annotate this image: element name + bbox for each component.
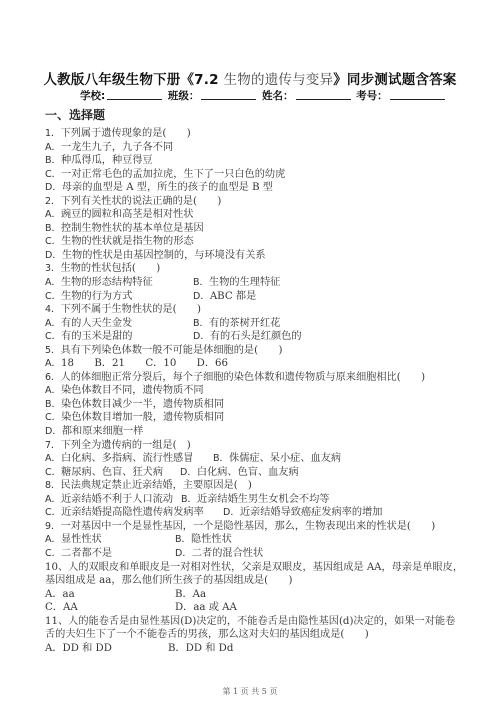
item-text: B．Aa [175, 589, 206, 600]
second-option: B．生物的生理特征 [193, 276, 280, 290]
item-label: B． [45, 223, 61, 234]
item-label: A． [45, 385, 61, 396]
item-label: 5． [45, 345, 61, 356]
question-line: A．aaB．Aa [45, 588, 475, 602]
item-text: 近亲结婚导致癌症发病率的增加 [240, 507, 383, 518]
second-option: B．隐性性状 [175, 533, 232, 547]
name-label: 姓名： [262, 90, 294, 102]
item-label: D． [193, 331, 210, 342]
item-text: 有的人天生金发 [61, 318, 132, 329]
question-line: 2．下列有关性状的说法正确的是( ) [45, 195, 475, 209]
item-label: C． [45, 467, 61, 478]
item-label: C． [45, 331, 61, 342]
section-title: 一、选择题 [45, 106, 105, 123]
question-line: A．18 B．21 C．10 D．66 [45, 357, 475, 371]
item-label: D． [223, 507, 240, 518]
item-text: 有的茶树开红花 [209, 318, 280, 329]
item-text: 有的玉米是甜的 [61, 331, 132, 342]
name-blank[interactable] [296, 89, 351, 100]
question-line: A．生物的形态结构特征B．生物的生理特征 [45, 276, 475, 290]
item-label: 9． [45, 521, 61, 532]
item-text: 生物的性状就是指生物的形态 [61, 236, 193, 247]
question-line: 3．生物的性状包括( ) [45, 262, 475, 276]
item-label: A． [45, 534, 61, 545]
item-label: D． [45, 426, 62, 437]
item-text: 染色体数目不同，遗传物质不同 [61, 385, 204, 396]
question-line: C．AAD．aa 或 AA [45, 601, 475, 615]
question-line: A．一龙生九子，九子各不同 [45, 141, 475, 155]
question-line: 基因组成是 aa，那么他们所生孩子的基因组成是( ) [45, 574, 475, 588]
item-label: 4． [45, 304, 61, 315]
item-label: B． [175, 534, 191, 545]
second-option: D．白化病、色盲、血友病 [180, 466, 299, 480]
item-text: 白化病、多指病、流行性感冒 [61, 453, 193, 464]
item-label: C． [45, 412, 61, 423]
item-label: B． [181, 494, 197, 505]
item-text: 生物的性状是由基因控制的，与环境没有关系 [62, 250, 266, 261]
page-footer: 第 1 页 共 5 页 [0, 686, 500, 697]
question-line: C．有的玉米是甜的D．有的石头是红颜色的 [45, 330, 475, 344]
second-option: B．Aa [175, 588, 206, 602]
item-label: A． [45, 318, 61, 329]
school-blank[interactable] [107, 89, 162, 100]
item-text: A．aa [45, 589, 75, 600]
question-line: A．有的人天生金发B．有的茶树开红花 [45, 317, 475, 331]
question-line: C．一对正常毛色的孟加拉虎，生下了一只白色的幼虎 [45, 168, 475, 182]
exam-number-blank[interactable] [390, 89, 445, 100]
item-text: 基因组成是 aa，那么他们所生孩子的基因组成是( ) [45, 575, 292, 586]
question-line: D．母亲的血型是 A 型，所生的孩子的血型是 B 型 [45, 181, 475, 195]
item-text: A．DD 和 DD [45, 643, 112, 654]
item-text: 下列不属于生物性状的是( ) [61, 304, 201, 315]
second-option: B．有的茶树开红花 [193, 317, 280, 331]
question-line: 舌的夫妇生下了一个不能卷舌的男孩，那么这对夫妇的基因组成是( ) [45, 628, 475, 642]
question-line: D．都和原来细胞一样 [45, 425, 475, 439]
item-label: B． [193, 277, 209, 288]
question-line: 7．下列全为遗传病的一组是( ) [45, 439, 475, 453]
document-page: 人教版八年级生物下册《7.2 生物的遗传与变异》同步测试题含答案 学校: 班级：… [0, 0, 500, 707]
class-blank[interactable] [201, 89, 256, 100]
item-text: 侏儒症、呆小症、血友病 [229, 453, 341, 464]
item-text: 种瓜得瓜，种豆得豆 [61, 155, 153, 166]
item-label: 2． [45, 196, 61, 207]
item-text: 具有下列染色体数一般不可能是体细胞的是( ) [61, 345, 283, 356]
school-label: 学校: [80, 90, 105, 102]
question-line: A．近亲结婚不利于人口流动B．近亲结婚生男生女机会不均等 [45, 493, 475, 507]
question-line: C．染色体数目增加一般，遗传物质相同 [45, 411, 475, 425]
item-text: 控制生物性状的基本单位是基因 [61, 223, 204, 234]
second-option: D．ABC 都是 [193, 290, 256, 304]
item-text: 二者的混合性状 [192, 548, 263, 559]
item-label: D． [193, 291, 210, 302]
item-label: C． [45, 236, 61, 247]
item-label: A． [45, 277, 61, 288]
item-text: ABC 都是 [210, 291, 256, 302]
question-line: C．二者都不是D．二者的混合性状 [45, 547, 475, 561]
question-line: 6．人的体细胞正常分裂后，每个子细胞的染色体数和遗传物质与原来细胞相比( ) [45, 371, 475, 385]
question-line: B．种瓜得瓜，种豆得豆 [45, 154, 475, 168]
item-label: B． [213, 453, 229, 464]
second-option: D．aa 或 AA [175, 601, 237, 615]
item-text: 豌豆的圆粒和高茎是相对性状 [61, 209, 193, 220]
item-text: 白化病、色盲、血友病 [197, 467, 299, 478]
item-text: 人的体细胞正常分裂后，每个子细胞的染色体数和遗传物质与原来细胞相比( ) [61, 372, 426, 383]
item-text: 近亲结婚生男生女机会不均等 [197, 494, 329, 505]
item-label: B． [45, 155, 61, 166]
item-label: D． [175, 548, 192, 559]
item-text: 糖尿病、色盲、狂犬病 [61, 467, 163, 478]
item-label: A． [45, 494, 61, 505]
question-line: C．糖尿病、色盲、狂犬病D．白化病、色盲、血友病 [45, 466, 475, 480]
question-line: 11、人的能卷舌是由显性基因(D)决定的，不能卷舌是由隐性基因(d)决定的，如果… [45, 615, 475, 629]
item-label: A． [45, 209, 61, 220]
item-label: 7． [45, 440, 61, 451]
item-text: 下列有关性状的说法正确的是( ) [61, 196, 222, 207]
question-line: 4．下列不属于生物性状的是( ) [45, 303, 475, 317]
exam-number-label: 考号： [356, 90, 388, 102]
question-line: A．DD 和 DDB．DD 和 Dd [45, 642, 475, 656]
item-text: 显性性状 [61, 534, 102, 545]
item-label: D． [45, 250, 62, 261]
question-line: A．豌豆的圆粒和高茎是相对性状 [45, 208, 475, 222]
question-line: 9．一对基因中一个是显性基因，一个是隐性基因，那么，生物表现出来的性状是( ) [45, 520, 475, 534]
item-text: 下列全为遗传病的一组是( ) [61, 440, 191, 451]
item-text: 18 B．21 C．10 D．66 [61, 358, 228, 369]
item-text: D．aa 或 AA [175, 602, 237, 613]
item-text: 下列属于遗传现象的是( ) [61, 128, 191, 139]
item-label: A． [45, 358, 61, 369]
question-line: A．白化病、多指病、流行性感冒B．侏儒症、呆小症、血友病 [45, 452, 475, 466]
item-text: 染色体数目减少一半，遗传物质相同 [61, 399, 224, 410]
title-topic: 生物的遗传与变异 [224, 72, 334, 88]
item-text: 一龙生九子，九子各不同 [61, 142, 173, 153]
item-text: 生物的行为方式 [61, 291, 132, 302]
question-line: B．控制生物性状的基本单位是基因 [45, 222, 475, 236]
second-option: B．近亲结婚生男生女机会不均等 [181, 493, 329, 507]
item-text: 近亲结婚不利于人口流动 [61, 494, 173, 505]
second-option: D．二者的混合性状 [175, 547, 263, 561]
item-label: 8． [45, 480, 61, 491]
item-label: D． [45, 182, 62, 193]
question-line: 8．民法典规定禁止近亲结婚，主要原因是( ) [45, 479, 475, 493]
item-text: 民法典规定禁止近亲结婚，主要原因是( ) [61, 480, 252, 491]
item-text: B．DD 和 Dd [168, 643, 233, 654]
item-label: C． [45, 169, 61, 180]
item-text: 生物的性状包括( ) [61, 263, 161, 274]
item-label: 6． [45, 372, 61, 383]
item-text: 一对基因中一个是显性基因，一个是隐性基因，那么，生物表现出来的性状是( ) [61, 521, 436, 532]
item-text: 有的石头是红颜色的 [210, 331, 302, 342]
question-line: A．染色体数目不同，遗传物质不同 [45, 384, 475, 398]
question-line: D．生物的性状是由基因控制的，与环境没有关系 [45, 249, 475, 263]
item-text: 一对正常毛色的孟加拉虎，生下了一只白色的幼虎 [61, 169, 285, 180]
question-line: C．生物的行为方式D．ABC 都是 [45, 290, 475, 304]
item-text: 生物的生理特征 [209, 277, 280, 288]
class-label: 班级： [168, 90, 200, 102]
item-text: 10、人的双眼皮和单眼皮是一对相对性状，父亲是双眼皮，基因组成是 AA，母亲是单… [45, 562, 463, 573]
item-label: A． [45, 142, 61, 153]
item-text: 近亲结婚提高隐性遗传病发病率 [61, 507, 204, 518]
second-option: D．近亲结婚导致癌症发病率的增加 [223, 506, 382, 520]
question-list: 1．下列属于遗传现象的是( )A．一龙生九子，九子各不同B．种瓜得瓜，种豆得豆C… [45, 127, 475, 655]
item-label: 1． [45, 128, 61, 139]
item-text: 11、人的能卷舌是由显性基因(D)决定的，不能卷舌是由隐性基因(d)决定的，如果… [45, 616, 455, 627]
item-text: 隐性性状 [191, 534, 232, 545]
question-line: 5．具有下列染色体数一般不可能是体细胞的是( ) [45, 344, 475, 358]
student-info-row: 学校: 班级： 姓名： 考号： [80, 88, 447, 103]
second-option: B．侏儒症、呆小症、血友病 [213, 452, 341, 466]
item-label: C． [45, 507, 61, 518]
item-text: 都和原来细胞一样 [62, 426, 144, 437]
question-line: 1．下列属于遗传现象的是( ) [45, 127, 475, 141]
title-suffix: 》同步测试题含答案 [333, 72, 456, 88]
item-text: 二者都不是 [61, 548, 112, 559]
title-prefix: 人教版八年级生物下册《7.2 [43, 72, 223, 88]
item-text: 生物的形态结构特征 [61, 277, 153, 288]
item-label: A． [45, 453, 61, 464]
item-text: 舌的夫妇生下了一个不能卷舌的男孩，那么这对夫妇的基因组成是( ) [45, 629, 369, 640]
item-label: C． [45, 291, 61, 302]
second-option: B．DD 和 Dd [168, 642, 233, 656]
item-label: B． [193, 318, 209, 329]
item-text: 染色体数目增加一般，遗传物质相同 [61, 412, 224, 423]
item-label: B． [45, 399, 61, 410]
question-line: C．近亲结婚提高隐性遗传病发病率D．近亲结婚导致癌症发病率的增加 [45, 506, 475, 520]
question-line: B．染色体数目减少一半，遗传物质相同 [45, 398, 475, 412]
item-label: D． [180, 467, 197, 478]
document-title: 人教版八年级生物下册《7.2 生物的遗传与变异》同步测试题含答案 [0, 68, 500, 88]
question-line: A．显性性状B．隐性性状 [45, 533, 475, 547]
question-line: 10、人的双眼皮和单眼皮是一对相对性状，父亲是双眼皮，基因组成是 AA，母亲是单… [45, 561, 475, 575]
question-line: C．生物的性状就是指生物的形态 [45, 235, 475, 249]
item-text: 母亲的血型是 A 型，所生的孩子的血型是 B 型 [62, 182, 273, 193]
second-option: D．有的石头是红颜色的 [193, 330, 302, 344]
item-label: C． [45, 548, 61, 559]
item-label: 3． [45, 263, 61, 274]
item-text: C．AA [45, 602, 78, 613]
